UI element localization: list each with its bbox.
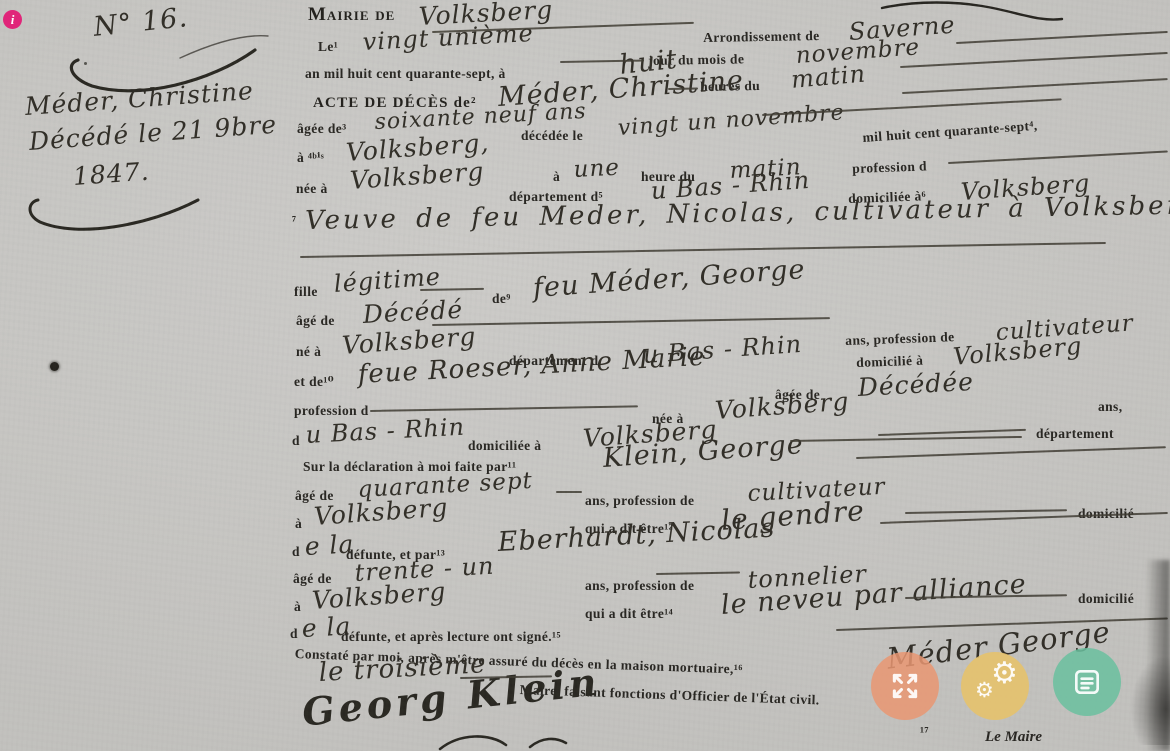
margin-act-number: N° 16. (92, 2, 189, 43)
document-text: qui a dit être¹⁴ (585, 606, 673, 622)
document-text: d (290, 626, 298, 642)
ink-blot (50, 362, 59, 371)
document-text: ans, profession de (585, 493, 694, 509)
document-text: département (1036, 426, 1114, 442)
document-text: domiciliée à (468, 438, 541, 454)
gear-icon: ⚙ (991, 656, 1018, 691)
document-text: an mil huit cent quarante-sept, à (305, 66, 506, 82)
register-view-button[interactable] (1053, 648, 1121, 716)
handwritten-rule (370, 405, 638, 411)
document-text: profession d (852, 158, 927, 177)
document-text: légitime (333, 263, 442, 298)
document-text: Volksberg (714, 387, 850, 425)
document-text: Mairie de (308, 4, 395, 26)
handwritten-rule (956, 31, 1168, 44)
document-text: fille (294, 284, 318, 300)
settings-button[interactable]: ⚙ ⚙ (961, 652, 1029, 720)
register-icon (1071, 666, 1103, 698)
document-text: d (292, 433, 300, 449)
document-text: matin (790, 59, 867, 93)
document-text: vingt un novembre (617, 100, 845, 141)
document-text: âgé de (296, 313, 335, 329)
handwritten-rule (878, 429, 1026, 436)
handwritten-rule (790, 436, 1022, 442)
gear-icon-small: ⚙ (975, 678, 994, 702)
info-button[interactable]: i (3, 10, 22, 29)
document-text: et de¹⁰ (294, 374, 334, 390)
document-text: ¹⁷ (920, 724, 929, 740)
document-text: née à (296, 181, 328, 197)
document-text: une (573, 155, 621, 183)
document-text: Le¹ (318, 39, 338, 55)
fullscreen-button[interactable] (871, 652, 939, 720)
handwritten-rule (948, 150, 1168, 163)
document-text: à (294, 599, 301, 615)
document-text: Volksberg (952, 332, 1083, 371)
document-text: à (553, 169, 560, 185)
document-text: Décédée (857, 367, 975, 402)
record-viewer: N° 16.Méder, ChristineDécédé le 21 9bre1… (0, 0, 1170, 751)
handwritten-rule (656, 572, 740, 575)
document-text: d (292, 544, 300, 560)
document-text: domicilié (1078, 591, 1134, 607)
document-text: Eberhardt, Nicolas (497, 512, 776, 557)
document-text: défunte, et après lecture ont signé.¹⁵ (341, 629, 561, 645)
handwritten-rule (856, 446, 1166, 458)
document-text: ans, profession de (585, 578, 694, 594)
handwritten-rule (420, 288, 484, 291)
handwritten-rule (902, 78, 1168, 94)
document-text: profession d (294, 403, 369, 419)
document-canvas[interactable]: N° 16.Méder, ChristineDécédé le 21 9bre1… (0, 0, 1170, 751)
handwritten-rule (556, 491, 582, 493)
ink-speck (84, 62, 87, 65)
document-text: de⁹ (492, 291, 511, 307)
margin-year: 1847. (72, 157, 150, 191)
document-text: âgée de³ (297, 121, 347, 137)
document-text: mil huit cent quarante-sept⁴, (862, 118, 1038, 146)
document-text: né à (296, 344, 321, 360)
document-text: à (295, 516, 302, 532)
handwritten-rule (432, 317, 830, 326)
handwritten-rule (300, 242, 1106, 258)
bottom-bar (0, 742, 1170, 751)
document-text: à ⁴ᵇⁱˢ (297, 150, 324, 166)
document-text: décédée le (521, 128, 583, 144)
handwritten-rule (905, 509, 1067, 513)
document-text: ans, (1098, 399, 1123, 415)
handwritten-rule (900, 52, 1168, 68)
expand-arrows-icon (888, 669, 922, 703)
document-text: feu Méder, George (532, 254, 806, 304)
document-text: ⁷ (292, 213, 296, 229)
document-text: domicilié à (856, 353, 924, 371)
document-text: ans, profession de (845, 329, 955, 349)
